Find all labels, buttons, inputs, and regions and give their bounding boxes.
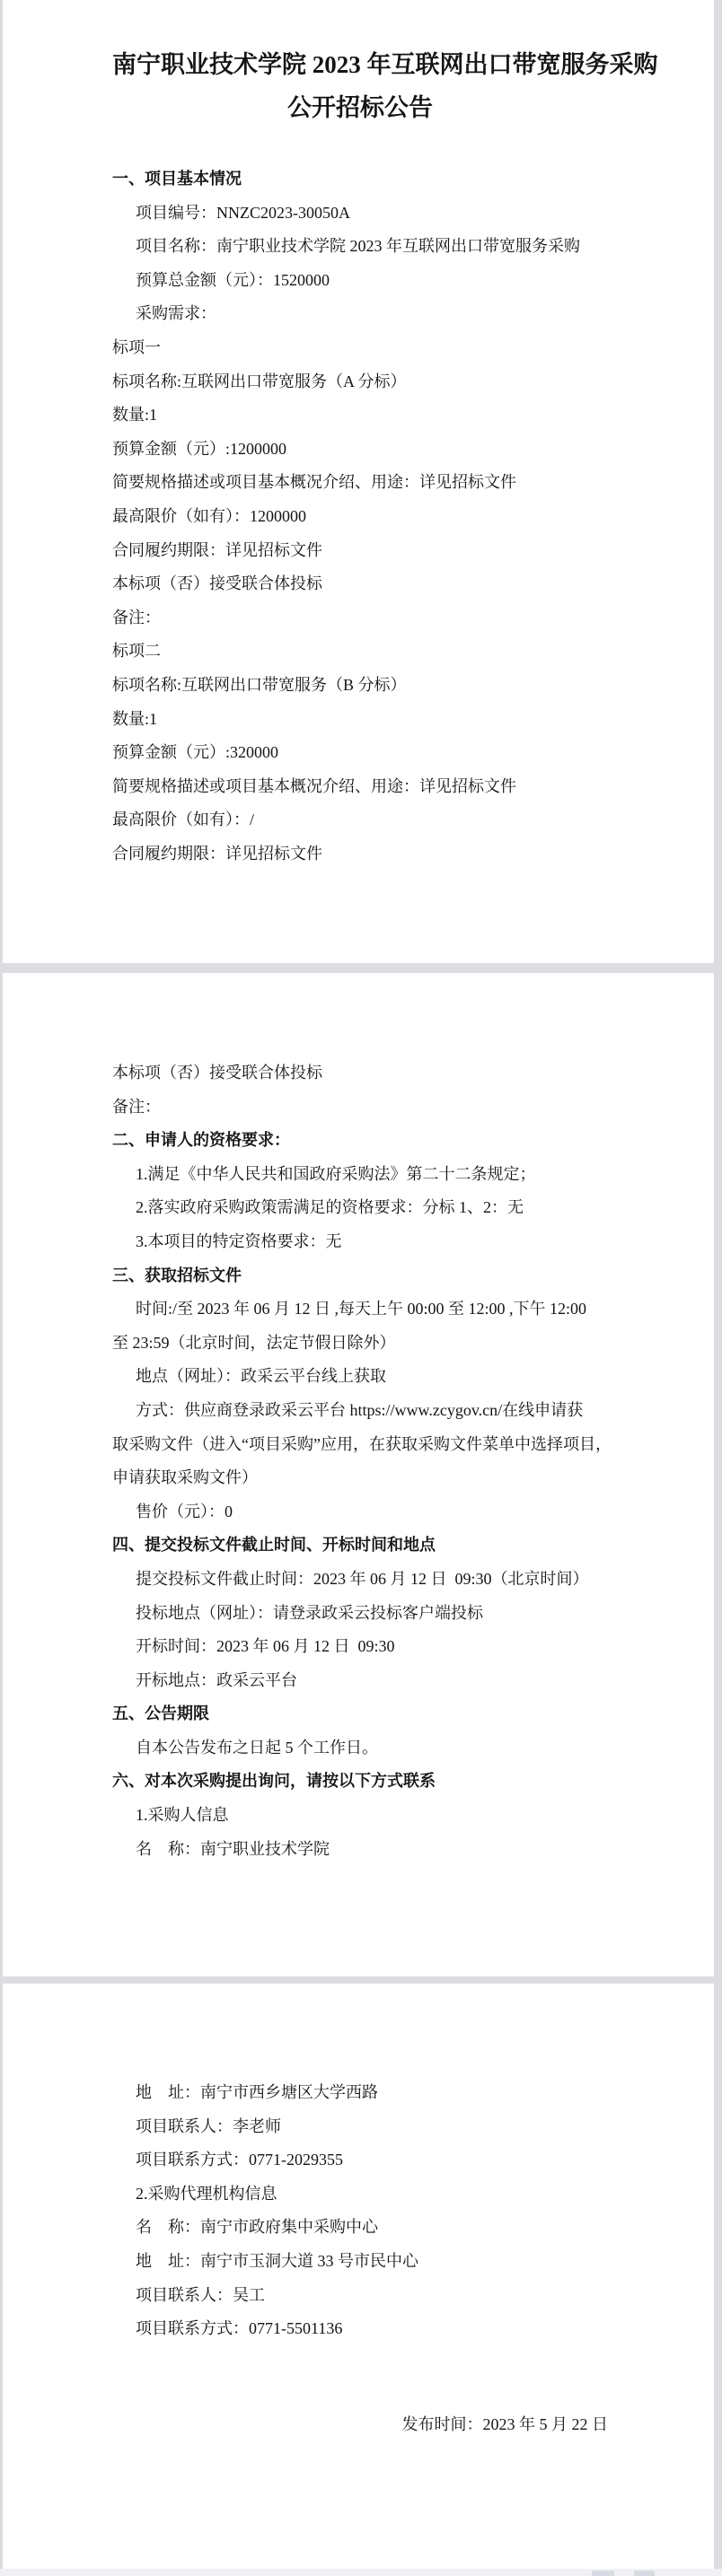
doc-text-line: 标项一 <box>112 331 608 365</box>
doc-text-line: 合同履约期限：详见招标文件 <box>112 534 608 568</box>
doc-text-line: 标项名称:互联网出口带宽服务（A 分标） <box>112 365 608 399</box>
document-viewer: 南宁职业技术学院 2023 年互联网出口带宽服务采购公开招标公告一、项目基本情况… <box>0 0 722 2576</box>
section-heading: 四、提交投标文件截止时间、开标时间和地点 <box>112 1529 608 1563</box>
doc-text-line: 合同履约期限：详见招标文件 <box>112 837 608 872</box>
doc-text-line: 1.满足《中华人民共和国政府采购法》第二十二条规定； <box>112 1158 608 1192</box>
doc-text-line: 地 址：南宁市玉洞大道 33 号市民中心 <box>112 2245 608 2279</box>
scrollbar-thumb[interactable] <box>592 2571 614 2576</box>
doc-text-line: 开标地点：政采云平台 <box>112 1664 608 1698</box>
doc-text-line: 申请获取采购文件） <box>112 1461 608 1495</box>
section-heading: 一、项目基本情况 <box>112 162 608 197</box>
document-page-1: 南宁职业技术学院 2023 年互联网出口带宽服务采购公开招标公告一、项目基本情况… <box>3 0 714 963</box>
doc-text-line: 项目编号：NNZC2023-30050A <box>112 197 608 231</box>
doc-text-line: 标项二 <box>112 635 608 669</box>
doc-text-line: 预算总金额（元）：1520000 <box>112 264 608 298</box>
doc-text-line: 最高限价（如有）：/ <box>112 803 608 837</box>
publish-date: 发布时间：2023 年 5 月 22 日 <box>112 2408 608 2442</box>
doc-text-line: 数量:1 <box>112 703 608 737</box>
section-heading: 二、申请人的资格要求： <box>112 1124 608 1158</box>
doc-text-line: 投标地点（网址）：请登录政采云投标客户端投标 <box>112 1597 608 1631</box>
doc-text-line: 简要规格描述或项目基本概况介绍、用途：详见招标文件 <box>112 466 608 500</box>
doc-text-line: 地 址：南宁市西乡塘区大学西路 <box>112 2076 608 2110</box>
doc-text-line: 3.本项目的特定资格要求：无 <box>112 1225 608 1259</box>
doc-text-line: 方式：供应商登录政采云平台 https://www.zcygov.cn/在线申请… <box>112 1394 608 1428</box>
doc-text-line: 项目名称：南宁职业技术学院 2023 年互联网出口带宽服务采购 <box>112 230 608 264</box>
doc-text-line: 名 称：南宁职业技术学院 <box>112 1833 608 1867</box>
doc-text-line: 取采购文件（进入“项目采购”应用，在获取采购文件菜单中选择项目， <box>112 1428 608 1462</box>
doc-text-line: 备注： <box>112 1091 608 1125</box>
doc-text-line: 本标项（否）接受联合体投标 <box>112 567 608 601</box>
doc-text-line: 标项名称:互联网出口带宽服务（B 分标） <box>112 669 608 703</box>
doc-text-line: 数量:1 <box>112 399 608 433</box>
section-heading: 三、获取招标文件 <box>112 1259 608 1293</box>
doc-text-line: 项目联系人：吴工 <box>112 2279 608 2313</box>
doc-text-line: 时间:/至 2023 年 06 月 12 日 ,每天上午 00:00 至 12:… <box>112 1292 608 1327</box>
doc-text-line: 至 23:59（北京时间，法定节假日除外） <box>112 1327 608 1361</box>
document-page-3: 地 址：南宁市西乡塘区大学西路项目联系人：李老师项目联系方式：0771-2029… <box>3 1984 714 2570</box>
doc-text-line: 自本公告发布之日起 5 个工作日。 <box>112 1731 608 1766</box>
doc-text-line: 最高限价（如有）：1200000 <box>112 500 608 534</box>
doc-text-line: 备注： <box>112 601 608 635</box>
doc-text-line: 简要规格描述或项目基本概况介绍、用途：详见招标文件 <box>112 770 608 804</box>
document-page-2: 本标项（否）接受联合体投标备注：二、申请人的资格要求：1.满足《中华人民共和国政… <box>3 973 714 1976</box>
doc-text-line: 提交投标文件截止时间：2023 年 06 月 12 日 09:30（北京时间） <box>112 1563 608 1597</box>
doc-text-line: 1.采购人信息 <box>112 1799 608 1833</box>
doc-text-line: 开标时间：2023 年 06 月 12 日 09:30 <box>112 1630 608 1664</box>
doc-text-line: 名 称：南宁市政府集中采购中心 <box>112 2211 608 2245</box>
doc-text-line: 2.落实政府采购政策需满足的资格要求：分标 1、2：无 <box>112 1191 608 1225</box>
doc-title-line: 公开招标公告 <box>112 86 608 129</box>
doc-text-line: 预算金额（元）:1200000 <box>112 433 608 467</box>
scrollbar-thumb[interactable] <box>634 2571 655 2576</box>
doc-text-line: 项目联系人：李老师 <box>112 2110 608 2144</box>
doc-title-line: 南宁职业技术学院 2023 年互联网出口带宽服务采购 <box>112 43 608 86</box>
doc-text-line: 预算金额（元）:320000 <box>112 736 608 770</box>
doc-text-line: 本标项（否）接受联合体投标 <box>112 1056 608 1091</box>
doc-text-line: 项目联系方式：0771-2029355 <box>112 2143 608 2177</box>
section-heading: 五、公告期限 <box>112 1697 608 1731</box>
doc-text-line: 采购需求： <box>112 297 608 331</box>
doc-text-line: 2.采购代理机构信息 <box>112 2177 608 2212</box>
doc-text-line: 售价（元）：0 <box>112 1495 608 1529</box>
doc-text-line: 项目联系方式：0771-5501136 <box>112 2312 608 2346</box>
section-heading: 六、对本次采购提出询问，请按以下方式联系 <box>112 1765 608 1799</box>
doc-text-line: 地点（网址）：政采云平台线上获取 <box>112 1360 608 1394</box>
